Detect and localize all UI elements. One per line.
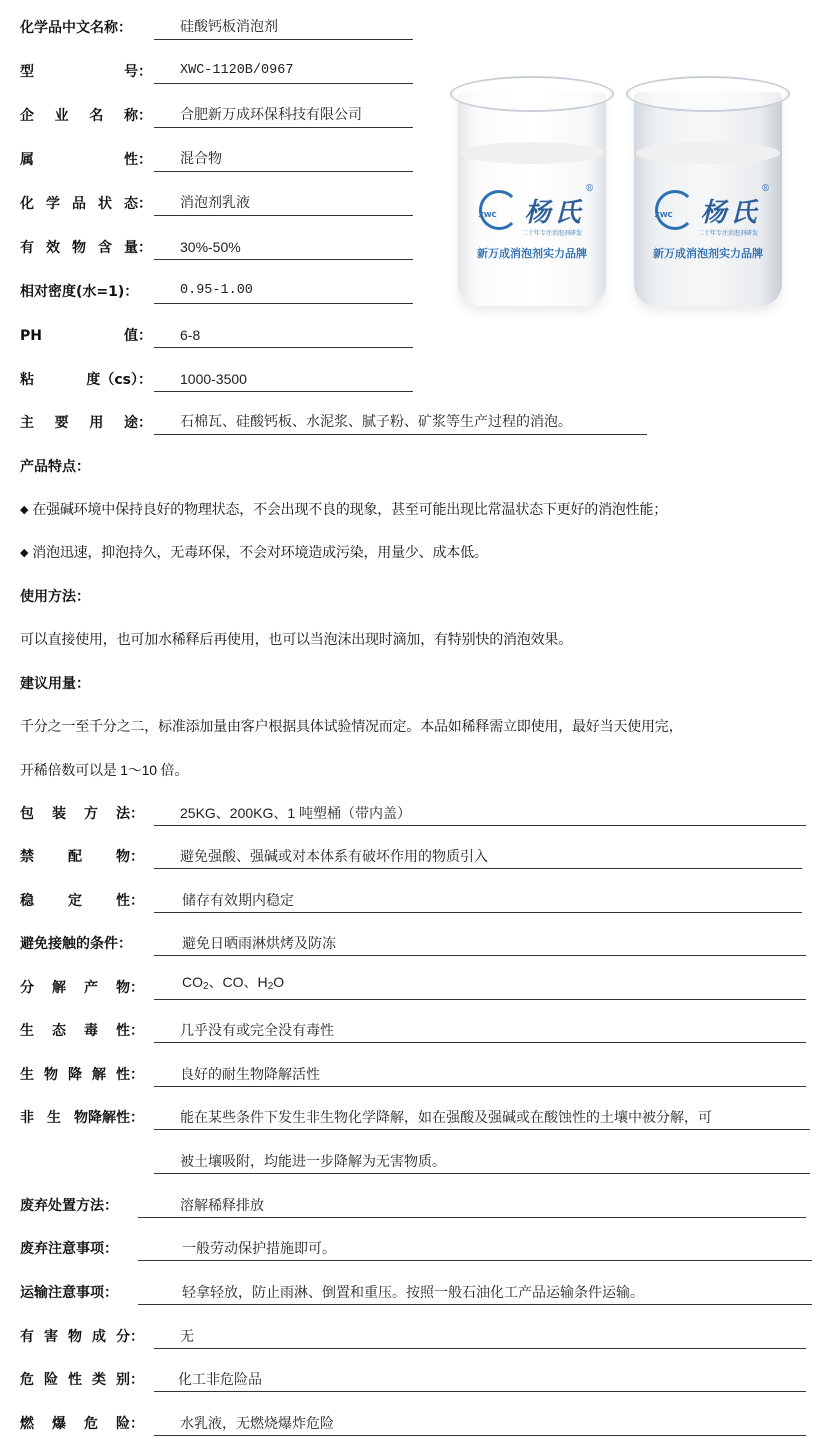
- usage-text: 可以直接使用，也可加水稀释后再使用，也可以当泡沫出现时滴加，有特别快的消泡效果。: [20, 629, 572, 649]
- field-value-biodegradability: 良好的耐生物降解活性: [154, 1064, 806, 1087]
- field-value-ph: 6-8: [154, 325, 413, 348]
- field-row-packaging: 包装方法：: [20, 803, 144, 827]
- field-label: 非生物降解性：: [20, 1108, 144, 1131]
- field-row-chemical-name: 化学品中文名称：: [20, 17, 152, 41]
- xwc-logo-icon: XWC: [655, 190, 695, 230]
- field-value-abiotic-degradation-cont: 被土壤吸附，均能进一步降解为无害物质。: [154, 1151, 810, 1174]
- field-label: 生物降解性：: [20, 1065, 144, 1088]
- field-row-biodegradability: 生物降解性：: [20, 1064, 144, 1088]
- field-value-abiotic-degradation: 能在某些条件下发生非生物化学降解，如在强酸及强碱或在酸蚀性的土壤中被分解，可: [154, 1107, 810, 1130]
- field-row-transport-notes: 运输注意事项：: [20, 1282, 134, 1306]
- beaker-clear: XWC 杨氏 ® 二十年专注消泡剂研发 新万成消泡剂实力品牌: [626, 72, 790, 312]
- field-value-avoid-conditions: 避免日晒雨淋烘烤及防冻: [154, 933, 806, 956]
- features-heading: 产品特点：: [20, 456, 90, 476]
- field-value-disposal-method: 溶解稀释排放: [138, 1195, 806, 1218]
- field-label: 化学品中文名称：: [20, 18, 152, 41]
- field-label: 分解产物：: [20, 978, 144, 1001]
- diamond-bullet-icon: ◆: [20, 546, 28, 559]
- field-row-stability: 稳定性：: [20, 890, 144, 914]
- field-row-disposal-method: 废弃处置方法：: [20, 1195, 134, 1219]
- field-label: 化学品状态：: [20, 194, 152, 217]
- field-value-hazard-class: 化工非危险品: [154, 1369, 806, 1392]
- field-value-stability: 储存有效期内稳定: [154, 890, 802, 913]
- field-value-chemical-name: 硅酸钙板消泡剂: [154, 17, 413, 40]
- field-value-main-use: 石棉瓦、硅酸钙板、水泥浆、腻子粉、矿浆等生产过程的消泡。: [154, 412, 647, 435]
- field-value-active-content: 30%-50%: [154, 237, 413, 260]
- field-label: 主要用途：: [20, 413, 152, 436]
- field-label: PH值：: [20, 326, 152, 349]
- dosage-text-line1: 千分之一至千分之二，标准添加量由客户根据具体试验情况而定。本品如稀释需立即使用，…: [20, 716, 682, 736]
- field-row-decomposition: 分解产物：: [20, 977, 144, 1001]
- field-row-density: 相对密度(水=1)：: [20, 281, 152, 305]
- field-row-ecotoxicity: 生态毒性：: [20, 1020, 144, 1044]
- field-value-viscosity: 1000-3500: [154, 369, 413, 392]
- brand-logo: XWC 杨氏 ® 二十年专注消泡剂研发 新万成消泡剂实力品牌: [468, 190, 596, 261]
- field-row-state: 化学品状态：: [20, 193, 152, 217]
- field-value-packaging: 25KG、200KG、1 吨塑桶（带内盖）: [154, 803, 806, 826]
- field-value-company: 合肥新万成环保科技有限公司: [154, 105, 413, 128]
- field-row-viscosity: 粘度（cs）：: [20, 369, 152, 393]
- dosage-text-line2: 开稀倍数可以是 1～10 倍。: [20, 760, 188, 780]
- field-label: 有效物含量：: [20, 238, 152, 261]
- field-row-hazard-class: 危险性类别：: [20, 1369, 144, 1393]
- xwc-logo-icon: XWC: [479, 190, 519, 230]
- field-value-fire-explosion: 水乳液，无燃烧爆炸危险: [154, 1413, 806, 1436]
- field-label: 运输注意事项：: [20, 1283, 134, 1306]
- field-value-incompatible: 避免强酸、强碱或对本体系有破坏作用的物质引入: [154, 846, 802, 869]
- field-value-disposal-notes: 一般劳动保护措施即可。: [138, 1238, 812, 1261]
- field-row-property: 属性：: [20, 149, 152, 173]
- field-value-transport-notes: 轻拿轻放，防止雨淋、倒置和重压。按照一般石油化工产品运输条件运输。: [138, 1282, 812, 1305]
- field-row-hazardous-components: 有害物成分：: [20, 1326, 144, 1350]
- diamond-bullet-icon: ◆: [20, 503, 28, 516]
- field-label: 有害物成分：: [20, 1327, 144, 1350]
- field-row-company: 企业名称：: [20, 105, 152, 129]
- field-row-main-use: 主要用途：: [20, 412, 152, 436]
- field-value-decomposition: CO2、CO、H2O: [154, 977, 806, 1000]
- field-row-avoid-conditions: 避免接触的条件：: [20, 933, 144, 957]
- feature-item: ◆在强碱环境中保持良好的物理状态，不会出现不良的现象，甚至可能出现比常温状态下更…: [20, 499, 667, 519]
- field-label: 生态毒性：: [20, 1021, 144, 1044]
- usage-heading: 使用方法：: [20, 586, 90, 606]
- field-label: 废弃注意事项：: [20, 1239, 134, 1262]
- field-label: 废弃处置方法：: [20, 1196, 134, 1219]
- field-row-fire-explosion: 燃爆危险：: [20, 1413, 144, 1437]
- field-label: 企业名称：: [20, 106, 152, 129]
- brand-logo: XWC 杨氏 ® 二十年专注消泡剂研发 新万成消泡剂实力品牌: [644, 190, 772, 261]
- field-value-hazardous-components: 无: [154, 1326, 806, 1349]
- dosage-heading: 建议用量：: [20, 673, 90, 693]
- field-label: 包装方法：: [20, 804, 144, 827]
- field-label: 型号：: [20, 62, 152, 85]
- field-label: 燃爆危险：: [20, 1414, 144, 1437]
- field-row-disposal-notes: 废弃注意事项：: [20, 1238, 134, 1262]
- field-label: 粘度（cs）：: [20, 370, 152, 393]
- field-row-incompatible: 禁配物：: [20, 846, 144, 870]
- field-value-model: XWC-1120B/0967: [154, 61, 413, 84]
- field-row-active-content: 有效物含量：: [20, 237, 152, 261]
- field-value-state: 消泡剂乳液: [154, 193, 413, 216]
- field-label: 避免接触的条件：: [20, 934, 144, 957]
- field-label: 危险性类别：: [20, 1370, 144, 1393]
- field-row-ph: PH值：: [20, 325, 152, 349]
- field-value-density: 0.95-1.00: [154, 281, 413, 304]
- beaker-milky: XWC 杨氏 ® 二十年专注消泡剂研发 新万成消泡剂实力品牌: [450, 72, 614, 312]
- field-row-abiotic-degradation: 非生物降解性：: [20, 1107, 144, 1131]
- field-label: 相对密度(水=1)：: [20, 282, 152, 305]
- field-label: 稳定性：: [20, 891, 144, 914]
- field-value-ecotoxicity: 几乎没有或完全没有毒性: [154, 1020, 806, 1043]
- product-photo: XWC 杨氏 ® 二十年专注消泡剂研发 新万成消泡剂实力品牌 XWC 杨氏 ® …: [446, 62, 812, 324]
- feature-item: ◆消泡迅速，抑泡持久，无毒环保，不会对环境造成污染，用量少、成本低。: [20, 542, 488, 562]
- field-value-property: 混合物: [154, 149, 413, 172]
- field-label: 属性：: [20, 150, 152, 173]
- field-row-model: 型号：: [20, 61, 152, 85]
- field-label: 禁配物：: [20, 847, 144, 870]
